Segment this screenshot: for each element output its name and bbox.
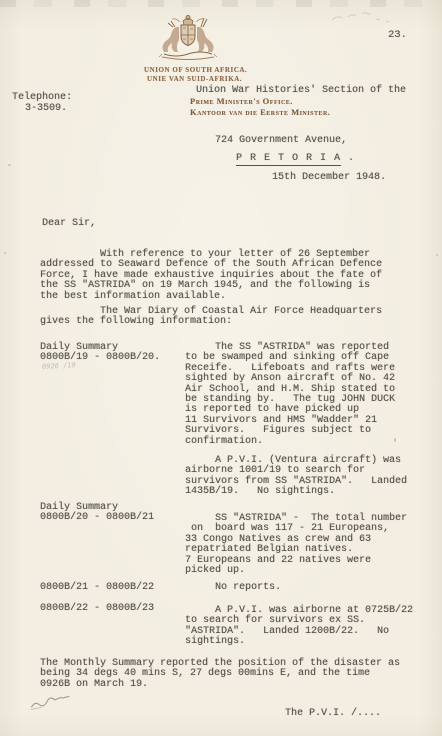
scan-speck: [8, 164, 11, 166]
letterhead-country-af: UNIE VAN SUID-AFRIKA.: [147, 75, 242, 83]
scan-speck: [4, 252, 6, 254]
address-city-period: .: [341, 153, 355, 164]
office-name-en: Prime Minister's Office.: [190, 96, 293, 106]
diary-entry-3-label: Daily Summary 0800B/20 - 0800B/21: [40, 503, 154, 524]
closing-paragraph: The Monthly Summary reported the positio…: [40, 659, 400, 690]
scan-speck: [436, 254, 438, 256]
scanned-letter-page: 23. UNION OF SOUTH AFRICA. UNIE VAN SUID…: [0, 0, 442, 736]
letter-date: 15th December 1948.: [272, 173, 386, 183]
diary-entry-1-text: The SS "ASTRIDA" was reported to be swam…: [185, 343, 395, 447]
diary-entry-3-text: SS "ASTRIDA" - The total number on board…: [185, 514, 407, 576]
diary-entry-5-text: A P.V.I. was airborne at 0725B/22 to sea…: [185, 606, 413, 648]
scan-artifact-strip: [0, 0, 442, 7]
page-number: 23.: [388, 30, 407, 40]
salutation: Dear Sir,: [42, 219, 96, 229]
body-paragraph-2: The War Diary of Coastal Air Force Headq…: [40, 307, 382, 328]
body-paragraph-1: With reference to your letter of 26 Sept…: [40, 250, 382, 302]
diary-entry-4-label: 0800B/21 - 0800B/22: [40, 583, 154, 593]
diary-entry-2-text: A P.V.I. (Ventura aircraft) was airborne…: [185, 456, 407, 498]
diary-entry-4-text: No reports.: [185, 583, 281, 593]
pencil-scribble-icon: [27, 692, 80, 711]
pencil-annotation: 0926 /19: [42, 361, 76, 371]
coat-of-arms-icon: [149, 10, 227, 64]
continuation-note: The P.V.I. /....: [285, 709, 381, 719]
pencil-scribble-icon: [330, 8, 400, 26]
address-city-text: P R E T O R I A: [236, 153, 341, 166]
telephone-label: Telephone:: [12, 93, 72, 103]
diary-entry-5-label: 0800B/22 - 0800B/23: [40, 604, 154, 614]
diary-entry-1-label: Daily Summary 0800B/19 - 0800B/20.: [40, 343, 160, 364]
address-city: P R E T O R I A .: [236, 154, 355, 164]
section-title: Union War Histories' Section of the: [196, 86, 406, 96]
letterhead-country-en: UNION OF SOUTH AFRICA.: [144, 66, 247, 74]
scan-speck: [394, 438, 396, 442]
telephone-number: 3-3509.: [25, 104, 67, 114]
office-name-af: Kantoor van die Eerste Minister.: [190, 107, 330, 117]
address-street: 724 Government Avenue,: [215, 136, 347, 146]
